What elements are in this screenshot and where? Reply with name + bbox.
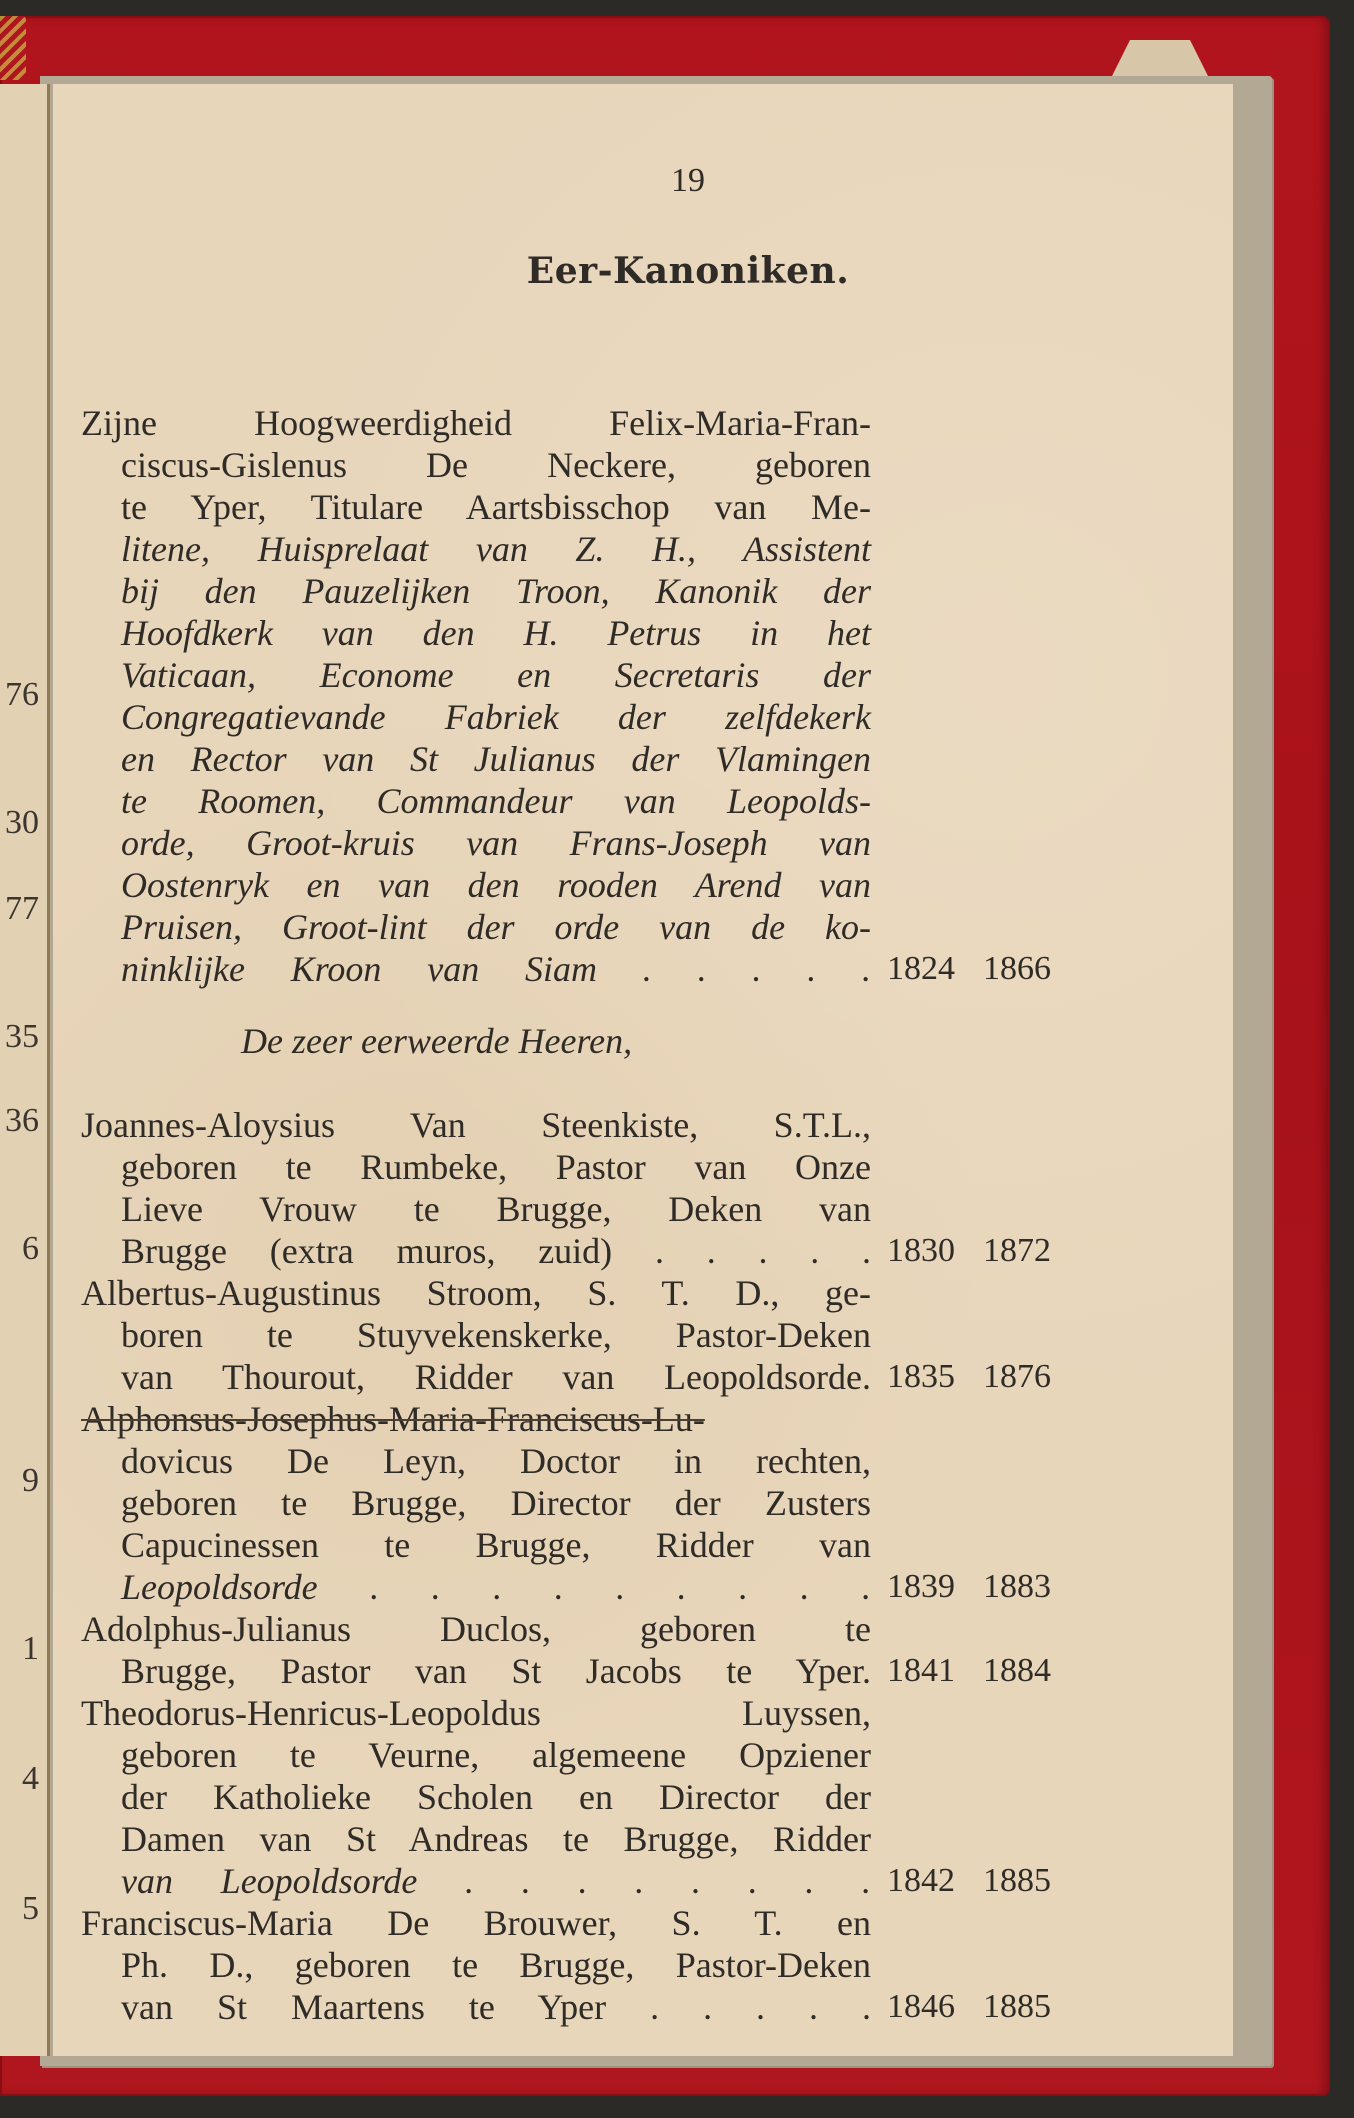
previous-page-sliver: 76 30 77 35 36 6 9 1 4 5 xyxy=(0,84,50,2056)
entry-line: Ph. D., geboren te Brugge, Pastor-Deken xyxy=(81,1944,871,1986)
entry-line: ninklijke Kroon van Siam . . . . . xyxy=(81,948,871,990)
canon-entry: Adolphus-Julianus Duclos, geboren te Bru… xyxy=(81,1608,1141,1692)
year-born: 1835 xyxy=(887,1358,955,1395)
entry-line: Franciscus-Maria De Brouwer, S. T. en xyxy=(81,1902,871,1944)
entry-line: Lieve Vrouw te Brugge, Deken van xyxy=(81,1188,871,1230)
canon-entry: Theodorus-Henricus-Leopoldus Luyssen, ge… xyxy=(81,1692,1141,1902)
canon-entry-struck: Alphonsus-Josephus-Maria-Franciscus-Lu- … xyxy=(81,1398,1141,1608)
year-born: 1839 xyxy=(887,1568,955,1605)
entry-line: Congregatievande Fabriek der zelfdekerk xyxy=(81,696,871,738)
canon-entry: Joannes-Aloysius Van Steenkiste, S.T.L.,… xyxy=(81,1104,1141,1272)
entry-line: geboren te Veurne, algemeene Opziener xyxy=(81,1734,871,1776)
book-page: 19 Eer-Kanoniken. Zijne Hoogweerdigheid … xyxy=(53,84,1233,2056)
entry-line: Damen van St Andreas te Brugge, Ridder xyxy=(81,1818,871,1860)
margin-number: 77 xyxy=(5,890,39,928)
entry-line: bij den Pauzelijken Troon, Kanonik der xyxy=(81,570,871,612)
canon-entry: Zijne Hoogweerdigheid Felix-Maria-Fran- … xyxy=(81,402,1141,990)
entry-line: Albertus-Augustinus Stroom, S. T. D., ge… xyxy=(81,1272,871,1314)
canon-entry: Albertus-Augustinus Stroom, S. T. D., ge… xyxy=(81,1272,1141,1398)
year-appointed: 1885 xyxy=(983,1862,1051,1899)
entry-line: orde, Groot-kruis van Frans-Joseph van xyxy=(81,822,871,864)
canon-entry: Franciscus-Maria De Brouwer, S. T. en Ph… xyxy=(81,1902,1141,2028)
entry-years: 18241866 xyxy=(887,948,1051,990)
margin-number: 5 xyxy=(22,1890,39,1928)
entry-line: ciscus-Gislenus De Neckere, geboren xyxy=(81,444,871,486)
page-number: 19 xyxy=(53,162,1233,200)
margin-number: 76 xyxy=(5,676,39,714)
year-appointed: 1885 xyxy=(983,1988,1051,2025)
entry-line: Zijne Hoogweerdigheid Felix-Maria-Fran- xyxy=(81,402,871,444)
year-appointed: 1872 xyxy=(983,1232,1051,1269)
margin-number: 9 xyxy=(22,1462,39,1500)
entry-line: Leopoldsorde . . . . . . . . . xyxy=(81,1566,871,1608)
entry-line-struck: Alphonsus-Josephus-Maria-Franciscus-Lu- xyxy=(81,1398,871,1440)
year-appointed: 1876 xyxy=(983,1358,1051,1395)
entry-line: te Roomen, Commandeur van Leopolds- xyxy=(81,780,871,822)
margin-number: 30 xyxy=(5,804,39,842)
entry-line: Joannes-Aloysius Van Steenkiste, S.T.L., xyxy=(81,1104,871,1146)
year-appointed: 1884 xyxy=(983,1652,1051,1689)
entry-line: Vaticaan, Econome en Secretaris der xyxy=(81,654,871,696)
entry-line: Theodorus-Henricus-Leopoldus Luyssen, xyxy=(81,1692,871,1734)
year-born: 1842 xyxy=(887,1862,955,1899)
entry-line: Pruisen, Groot-lint der orde van de ko- xyxy=(81,906,871,948)
year-appointed: 1883 xyxy=(983,1568,1051,1605)
margin-number: 36 xyxy=(5,1102,39,1140)
year-born: 1841 xyxy=(887,1652,955,1689)
year-born: 1830 xyxy=(887,1232,955,1269)
entry-line: Capucinessen te Brugge, Ridder van xyxy=(81,1524,871,1566)
margin-number: 4 xyxy=(22,1760,39,1798)
entry-years: 18411884 xyxy=(887,1650,1051,1692)
spine-ribbon xyxy=(0,16,26,80)
entry-years: 18461885 xyxy=(887,1986,1051,2028)
entry-line: Adolphus-Julianus Duclos, geboren te xyxy=(81,1608,871,1650)
entry-years: 18301872 xyxy=(887,1230,1051,1272)
entry-line: boren te Stuyvekenskerke, Pastor-Deken xyxy=(81,1314,871,1356)
entry-line: Hoofdkerk van den H. Petrus in het xyxy=(81,612,871,654)
entry-years: 18351876 xyxy=(887,1356,1051,1398)
entry-line: geboren te Rumbeke, Pastor van Onze xyxy=(81,1146,871,1188)
entry-line: van St Maartens te Yper . . . . . xyxy=(81,1986,871,2028)
entry-line: dovicus De Leyn, Doctor in rechten, xyxy=(81,1440,871,1482)
margin-number: 6 xyxy=(22,1230,39,1268)
year-appointed: 1866 xyxy=(983,950,1051,987)
entry-line: litene, Huisprelaat van Z. H., Assistent xyxy=(81,528,871,570)
entry-line: Brugge (extra muros, zuid) . . . . . xyxy=(81,1230,871,1272)
entry-line: van Thourout, Ridder van Leopoldsorde. xyxy=(81,1356,871,1398)
entry-line: geboren te Brugge, Director der Zusters xyxy=(81,1482,871,1524)
entry-line: te Yper, Titulare Aartsbisschop van Me- xyxy=(81,486,871,528)
entry-line: Brugge, Pastor van St Jacobs te Yper. xyxy=(81,1650,871,1692)
entry-years: 18391883 xyxy=(887,1566,1051,1608)
entry-years: 18421885 xyxy=(887,1860,1051,1902)
entry-line: Oostenryk en van den rooden Arend van xyxy=(81,864,871,906)
book-photo: 76 30 77 35 36 6 9 1 4 5 19 Eer-Kanonike… xyxy=(0,0,1354,2118)
margin-number: 1 xyxy=(22,1630,39,1668)
entry-line: en Rector van St Julianus der Vlamingen xyxy=(81,738,871,780)
canon-list: Zijne Hoogweerdigheid Felix-Maria-Fran- … xyxy=(81,402,1141,2028)
entry-line: der Katholieke Scholen en Director der xyxy=(81,1776,871,1818)
entry-line: van Leopoldsorde . . . . . . . . xyxy=(81,1860,871,1902)
subheading: De zeer eerweerde Heeren, xyxy=(81,1020,1141,1062)
year-born: 1824 xyxy=(887,950,955,987)
year-born: 1846 xyxy=(887,1988,955,2025)
margin-number: 35 xyxy=(5,1018,39,1056)
section-title: Eer-Kanoniken. xyxy=(53,250,1233,292)
